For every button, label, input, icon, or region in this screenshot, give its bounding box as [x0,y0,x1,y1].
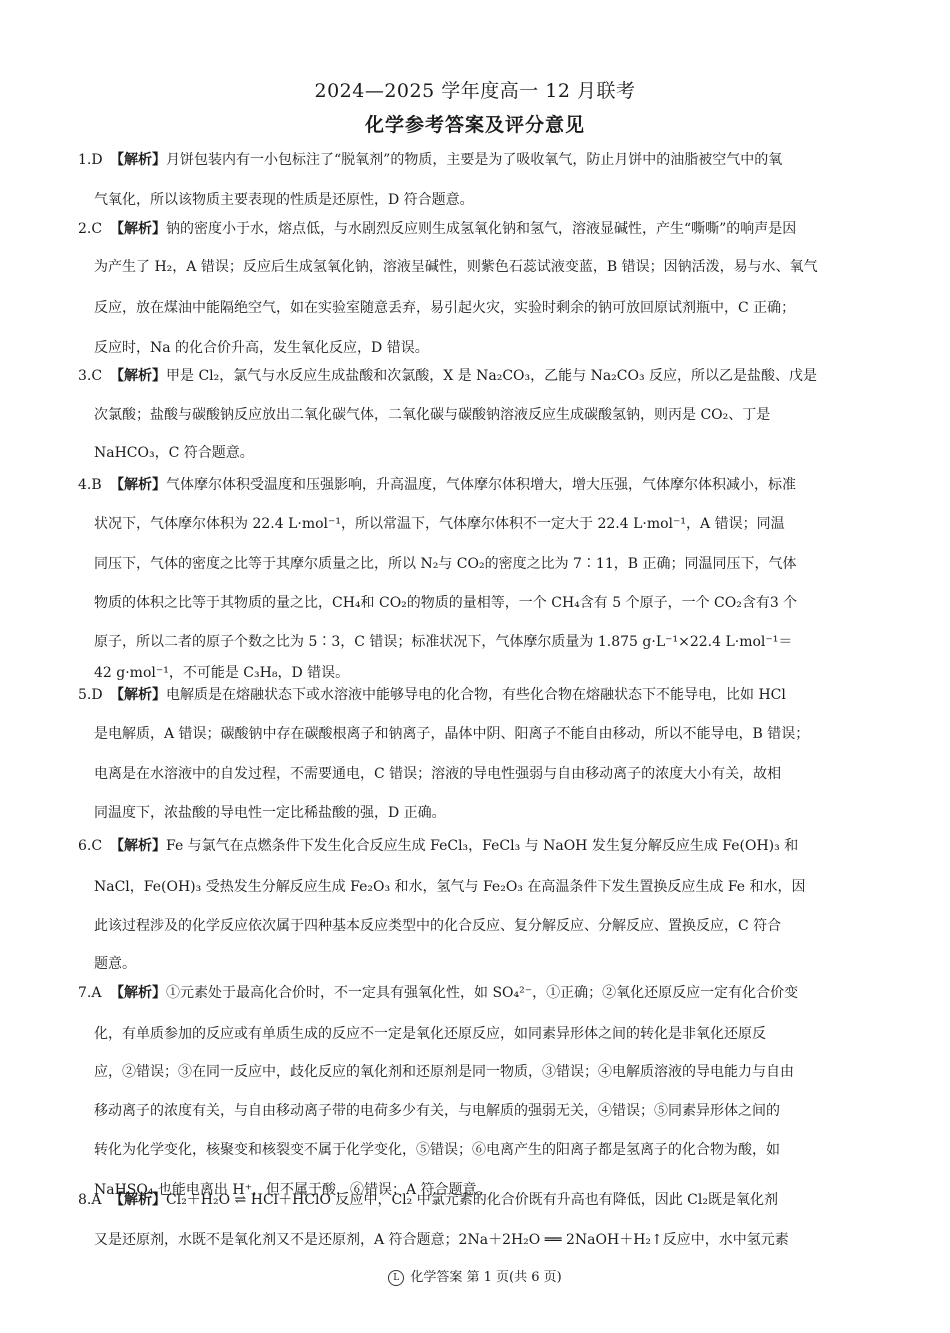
answer-text: 钠的密度小于水，熔点低，与水剧烈反应则生成氢氧化钠和氢气，溶液显碱性，产生“嘶嘶… [166,221,796,237]
page-footer: L 化学答案 第 1 页(共 6 页) [0,1266,950,1286]
answer-text: 电离是在水溶液中的自发过程，不需要通电，C 错误；溶液的导电性强弱与自由移动离子… [94,766,781,782]
answer-text: ①元素处于最高化合价时，不一定具有强氧化性，如 SO₄²⁻，①正确；②氧化还原反… [166,985,798,1001]
answer-text: 题意。 [94,956,136,972]
circle-badge-icon: L [388,1270,404,1286]
answer-text: 反应，放在煤油中能隔绝空气，如在实验室随意丢弃，易引起火灾，实验时剩余的钠可放回… [94,300,795,316]
question-number: 1.D [78,150,106,170]
analysis-tag: 【解析】 [110,221,166,237]
answer-item-line: 反应时，Na 的化合价升高，发生氧化反应，D 错误。 [94,338,888,358]
answer-text: 化，有单质参加的反应或有单质生成的反应不一定是氧化还原反应，如同素异形体之间的转… [94,1026,766,1042]
answer-item-line: 化，有单质参加的反应或有单质生成的反应不一定是氧化还原反应，如同素异形体之间的转… [94,1024,888,1044]
answer-item-first-line: 2.C【解析】钠的密度小于水，熔点低，与水剧烈反应则生成氢氧化钠和氢气，溶液显碱… [78,219,872,239]
answer-item-line: 状况下，气体摩尔体积为 22.4 L·mol⁻¹，所以常温下，气体摩尔体积不一定… [94,514,888,534]
question-number: 4.B [78,475,106,495]
answer-item-line: 物质的体积之比等于其物质的量之比，CH₄和 CO₂的物质的量相等，一个 CH₄含… [94,593,888,613]
answer-text: NaHCO₃，C 符合题意。 [94,445,254,461]
answer-text: 是电解质，A 错误；碳酸钠中存在碳酸根离子和钠离子，晶体中阴、阳离子不能自由移动… [94,726,809,742]
answer-item-line: 电离是在水溶液中的自发过程，不需要通电，C 错误；溶液的导电性强弱与自由移动离子… [94,764,888,784]
answer-item-line: 次氯酸；盐酸与碳酸钠反应放出二氧化碳气体，二氧化碳与碳酸钠溶液反应生成碳酸氢钠，… [94,405,888,425]
answer-text: 42 g·mol⁻¹，不可能是 C₃H₈，D 错误。 [94,665,349,681]
answer-item-line: 题意。 [94,954,888,974]
answer-text: Cl₂＋H₂O ⇌ HCl＋HClO 反应中，Cl₂ 中氯元素的化合价既有升高也… [166,1192,778,1208]
answer-item-first-line: 1.D【解析】月饼包装内有一小包标注了“脱氧剂”的物质，主要是为了吸收氧气，防止… [78,150,872,170]
answer-text: NaCl，Fe(OH)₃ 受热发生分解反应生成 Fe₂O₃ 和水，氢气与 Fe₂… [94,879,806,895]
analysis-tag: 【解析】 [110,152,166,168]
answer-text: 应，②错误；③在同一反应中，歧化反应的氧化剂和还原剂是同一物质，③错误；④电解质… [94,1064,794,1080]
analysis-tag: 【解析】 [110,985,166,1001]
answer-item-first-line: 8.A【解析】Cl₂＋H₂O ⇌ HCl＋HClO 反应中，Cl₂ 中氯元素的化… [78,1190,872,1210]
footer-text: 化学答案 第 1 页(共 6 页) [410,1270,561,1285]
answer-item-first-line: 4.B【解析】气体摩尔体积受温度和压强影响，升高温度，气体摩尔体积增大，增大压强… [78,475,872,495]
answer-text: 状况下，气体摩尔体积为 22.4 L·mol⁻¹，所以常温下，气体摩尔体积不一定… [94,516,785,532]
answer-item-line: 同压下，气体的密度之比等于其摩尔质量之比，所以 N₂与 CO₂的密度之比为 7∶… [94,554,888,574]
question-number: 5.D [78,685,106,705]
answer-text: 同温度下，浓盐酸的导电性一定比稀盐酸的强，D 正确。 [94,805,446,821]
question-number: 6.C [78,836,106,856]
answer-text: 气体摩尔体积受温度和压强影响，升高温度，气体摩尔体积增大，增大压强，气体摩尔体积… [166,477,796,493]
analysis-tag: 【解析】 [110,477,166,493]
answer-text: 物质的体积之比等于其物质的量之比，CH₄和 CO₂的物质的量相等，一个 CH₄含… [94,595,797,611]
answer-text: 次氯酸；盐酸与碳酸钠反应放出二氧化碳气体，二氧化碳与碳酸钠溶液反应生成碳酸氢钠，… [94,407,770,423]
answer-item-line: 同温度下，浓盐酸的导电性一定比稀盐酸的强，D 正确。 [94,803,888,823]
analysis-tag: 【解析】 [110,1192,166,1208]
answer-text: 转化为化学变化，核聚变和核裂变不属于化学变化，⑤错误；⑥电离产生的阳离子都是氢离… [94,1142,780,1158]
answer-text: 电解质是在熔融状态下或水溶液中能够导电的化合物，有些化合物在熔融状态下不能导电，… [166,687,786,703]
answer-text: 同压下，气体的密度之比等于其摩尔质量之比，所以 N₂与 CO₂的密度之比为 7∶… [94,556,796,572]
answer-text: 此该过程涉及的化学反应依次属于四种基本反应类型中的化合反应、复分解反应、分解反应… [94,918,781,934]
answer-item-line: 此该过程涉及的化学反应依次属于四种基本反应类型中的化合反应、复分解反应、分解反应… [94,916,888,936]
answer-item-first-line: 5.D【解析】电解质是在熔融状态下或水溶液中能够导电的化合物，有些化合物在熔融状… [78,685,872,705]
question-number: 2.C [78,219,106,239]
answer-item-line: 应，②错误；③在同一反应中，歧化反应的氧化剂和还原剂是同一物质，③错误；④电解质… [94,1062,888,1082]
analysis-tag: 【解析】 [110,838,166,854]
answer-item-line: 移动离子的浓度有关，与自由移动离子带的电荷多少有关，与电解质的强弱无关，④错误；… [94,1101,888,1121]
answer-text: 月饼包装内有一小包标注了“脱氧剂”的物质，主要是为了吸收氧气，防止月饼中的油脂被… [166,152,782,168]
question-number: 8.A [78,1190,106,1210]
answer-item-line: NaCl，Fe(OH)₃ 受热发生分解反应生成 Fe₂O₃ 和水，氢气与 Fe₂… [94,877,888,897]
question-number: 7.A [78,983,106,1003]
answer-item-line: 原子，所以二者的原子个数之比为 5∶3，C 错误；标准状况下，气体摩尔质量为 1… [94,632,888,652]
answer-item-line: NaHCO₃，C 符合题意。 [94,443,888,463]
analysis-tag: 【解析】 [110,368,166,384]
answer-text: 又是还原剂，水既不是氧化剂又不是还原剂，A 符合题意；2Na＋2H₂O ══ 2… [94,1232,789,1248]
answer-text: 为产生了 H₂，A 错误；反应后生成氢氧化钠，溶液呈碱性，则紫色石蕊试液变蓝，B… [94,259,818,275]
answer-item-line: 气氧化，所以该物质主要表现的性质是还原性，D 符合题意。 [94,190,888,210]
answer-item-first-line: 7.A【解析】①元素处于最高化合价时，不一定具有强氧化性，如 SO₄²⁻，①正确… [78,983,872,1003]
document-subtitle: 化学参考答案及评分意见 [0,110,950,137]
answer-item-line: 又是还原剂，水既不是氧化剂又不是还原剂，A 符合题意；2Na＋2H₂O ══ 2… [94,1230,888,1250]
answer-text: 气氧化，所以该物质主要表现的性质是还原性，D 符合题意。 [94,192,474,208]
answer-text: 移动离子的浓度有关，与自由移动离子带的电荷多少有关，与电解质的强弱无关，④错误；… [94,1103,780,1119]
document-title: 2024—2025 学年度高一 12 月联考 [0,76,950,103]
answer-text: 甲是 Cl₂，氯气与水反应生成盐酸和次氯酸，X 是 Na₂CO₃，乙能与 Na₂… [166,368,817,384]
answer-item-line: 反应，放在煤油中能隔绝空气，如在实验室随意丢弃，易引起火灾，实验时剩余的钠可放回… [94,298,888,318]
question-number: 3.C [78,366,106,386]
answer-item-first-line: 6.C【解析】Fe 与氯气在点燃条件下发生化合反应生成 FeCl₃，FeCl₃ … [78,836,872,856]
answer-text: 反应时，Na 的化合价升高，发生氧化反应，D 错误。 [94,340,429,356]
answer-item-first-line: 3.C【解析】甲是 Cl₂，氯气与水反应生成盐酸和次氯酸，X 是 Na₂CO₃，… [78,366,872,386]
answer-item-line: 为产生了 H₂，A 错误；反应后生成氢氧化钠，溶液呈碱性，则紫色石蕊试液变蓝，B… [94,257,888,277]
answer-item-line: 42 g·mol⁻¹，不可能是 C₃H₈，D 错误。 [94,663,888,683]
answer-item-line: 是电解质，A 错误；碳酸钠中存在碳酸根离子和钠离子，晶体中阴、阳离子不能自由移动… [94,724,888,744]
analysis-tag: 【解析】 [110,687,166,703]
answer-text: Fe 与氯气在点燃条件下发生化合反应生成 FeCl₃，FeCl₃ 与 NaOH … [166,838,798,854]
answer-text: 原子，所以二者的原子个数之比为 5∶3，C 错误；标准状况下，气体摩尔质量为 1… [94,634,792,650]
answer-item-line: 转化为化学变化，核聚变和核裂变不属于化学变化，⑤错误；⑥电离产生的阳离子都是氢离… [94,1140,888,1160]
